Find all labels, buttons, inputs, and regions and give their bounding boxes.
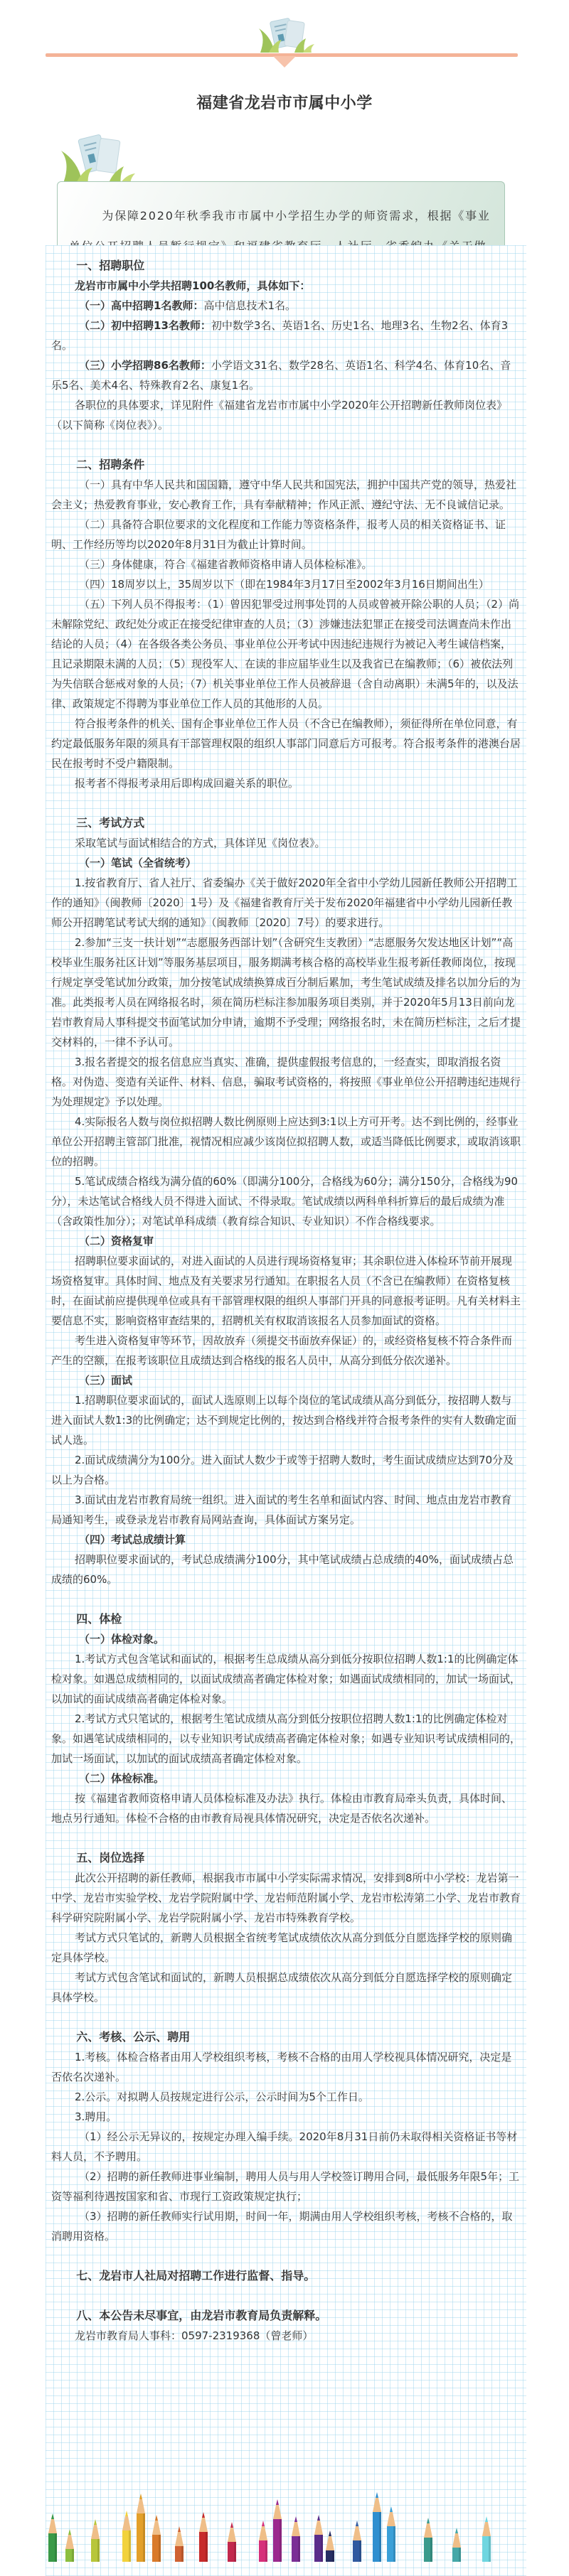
condition-item: （二）具备符合职位要求的文化程度和工作能力等资格条件，报考人员的相关资格证书、证… xyxy=(51,515,521,554)
hiring-item: 2.公示。对拟聘人员按规定进行公示，公示时间为5个工作日。 xyxy=(51,2087,521,2107)
section-heading: 二、招聘条件 xyxy=(51,455,521,475)
school-selection-item: 考试方式包含笔试和面试的，新聘人员根据总成绩依次从高分到低分自愿选择学校的原则确… xyxy=(51,1968,521,2007)
hiring-sub-item: （3）招聘的新任教师实行试用期，时间一年，期满由用人学校组织考核，考核不合格的，… xyxy=(51,2206,521,2246)
interview-item: 2.面试成绩满分为100分。进入面试人数少于或等于招聘人数时，考生面试成绩应达到… xyxy=(51,1450,521,1490)
hiring-item: 1.考核。体检合格者由用人学校组织考核，考核不合格的由用人学校视具体情况研究，决… xyxy=(51,2047,521,2087)
position-label: （二）初中招聘13名教师： xyxy=(79,319,211,332)
condition-note: 报考者不得报考录用后即构成回避关系的职位。 xyxy=(51,773,521,793)
condition-item: （一）具有中华人民共和国国籍，遵守中华人民共和国宪法，拥护中国共产党的领导，热爱… xyxy=(51,475,521,515)
school-selection-item: 考试方式只笔试的，新聘人员根据全省统考笔试成绩依次从高分到低分自愿选择学校的原则… xyxy=(51,1928,521,1968)
page-title: 福建省龙岩市市属中小学 xyxy=(0,91,569,113)
documents-with-grass-icon xyxy=(58,132,137,185)
interview-item: 3.面试由龙岩市教育局统一组织。进入面试的考生名单和面试内容、时间、地点由龙岩市… xyxy=(51,1490,521,1530)
subsection-heading: （三）面试 xyxy=(51,1370,521,1390)
written-exam-item: 2.参加“三支一扶计划”“志愿服务西部计划”（含研究生支教团）“志愿服务欠发达地… xyxy=(51,933,521,1052)
recruit-summary: 龙岩市市属中小学共招聘100名教师，具体如下： xyxy=(51,276,521,296)
section-heading: 五、岗位选择 xyxy=(51,1848,521,1868)
position-detail: 高中信息技术1名。 xyxy=(203,299,296,312)
section-heading: 八、本公告未尽事宜，由龙岩市教育局负责解释。 xyxy=(51,2306,521,2326)
announcement-body: 一、招聘职位 龙岩市市属中小学共招聘100名教师，具体如下： （一）高中招聘1名… xyxy=(51,256,521,2346)
header-divider-pointer xyxy=(273,56,296,68)
position-primary-school: （三）小学招聘86名教师：小学语文31名、数学28名、英语1名、科学4名、体育1… xyxy=(51,355,521,395)
written-exam-item: 4.实际报名人数与岗位拟招聘人数比例原则上应达到3:1以上方可开考。达不到比例的… xyxy=(51,1112,521,1171)
position-middle-school: （二）初中招聘13名教师：初中数学3名、英语1名、历史1名、地理3名、生物2名、… xyxy=(51,316,521,355)
written-exam-item: 5.笔试成绩合格线为满分值的60%（即满分100分，合格线为60分；满分150分… xyxy=(51,1171,521,1231)
subsection-heading: （二）资格复审 xyxy=(51,1231,521,1251)
documents-with-grass-icon xyxy=(253,16,316,54)
interview-item: 1.招聘职位要求面试的，面试人选原则上以每个岗位的笔试成绩从高分到低分，按招聘人… xyxy=(51,1390,521,1450)
physical-standard-text: 按《福建省教师资格申请人员体检标准及办法》执行。体检由市教育局牵头负责，具体时间… xyxy=(51,1788,521,1828)
condition-item: （四）18周岁以上，35周岁以下（即在1984年3月17日至2002年3月16日… xyxy=(51,574,521,594)
contact-info: 龙岩市教育局人事科：0597-2319368（曾老师） xyxy=(51,2326,521,2346)
position-label: （三）小学招聘86名教师： xyxy=(79,359,211,372)
section-heading: 六、考核、公示、聘用 xyxy=(51,2027,521,2047)
written-exam-item: 3.报名者提交的报名信息应当真实、准确，提供虚假报考信息的，一经查实，即取消报名… xyxy=(51,1052,521,1112)
review-item: 招聘职位要求面试的，对进入面试的人员进行现场资格复审；其余职位进入体检环节前开展… xyxy=(51,1251,521,1331)
position-label: （一）高中招聘1名教师： xyxy=(79,299,203,312)
physical-target-item: 1.考试方式包含笔试和面试的，根据考生总成绩从高分到低分按职位招聘人数1:1的比… xyxy=(51,1649,521,1709)
hiring-sub-item: （1）经公示无异议的，按规定办理入编手续。2020年8月31日前仍未取得相关资格… xyxy=(51,2127,521,2167)
review-item: 考生进入资格复审等环节，因故放弃（须提交书面放弃保证）的，或经资格复核不符合条件… xyxy=(51,1331,521,1370)
section-heading: 一、招聘职位 xyxy=(51,256,521,276)
hiring-item: 3.聘用。 xyxy=(51,2107,521,2127)
condition-item: （三）身体健康，符合《福建省教师资格申请人员体检标准》。 xyxy=(51,554,521,574)
colored-pencils-icon xyxy=(46,2488,526,2563)
written-exam-item: 1.按省教育厅、省人社厅、省委编办《关于做好2020年全省中小学幼儿园新任教师公… xyxy=(51,873,521,933)
page-header xyxy=(0,0,569,71)
condition-item: （五）下列人员不得报考：（1）曾因犯罪受过刑事处罚的人员或曾被开除公职的人员；（… xyxy=(51,594,521,714)
exam-intro: 采取笔试与面试相结合的方式，具体详见《岗位表》。 xyxy=(51,833,521,853)
subsection-heading: （一）笔试（全省统考） xyxy=(51,853,521,873)
position-high-school: （一）高中招聘1名教师：高中信息技术1名。 xyxy=(51,296,521,316)
total-score-text: 招聘职位要求面试的，考试总成绩满分100分，其中笔试成绩占总成绩的40%，面试成… xyxy=(51,1550,521,1589)
subsection-heading: （一）体检对象。 xyxy=(51,1629,521,1649)
subsection-heading: （二）体检标准。 xyxy=(51,1769,521,1788)
subsection-heading: （四）考试总成绩计算 xyxy=(51,1530,521,1550)
section-heading: 七、龙岩市人社局对招聘工作进行监督、指导。 xyxy=(51,2266,521,2286)
hiring-sub-item: （2）招聘的新任教师进事业编制，聘用人员与用人学校签订聘用合同，最低服务年限5年… xyxy=(51,2167,521,2206)
section-heading: 三、考试方式 xyxy=(51,813,521,833)
physical-target-item: 2.考试方式只笔试的，根据考生笔试成绩从高分到低分按职位招聘人数1:1的比例确定… xyxy=(51,1709,521,1769)
school-selection-item: 此次公开招聘的新任教师，根据我市市属中小学实际需求情况，安排到8所中小学校：龙岩… xyxy=(51,1868,521,1928)
position-note: 各职位的具体要求，详见附件《福建省龙岩市市属中小学2020年公开招聘新任教师岗位… xyxy=(51,395,521,435)
condition-note: 符合报考条件的机关、国有企事业单位工作人员（不含已在编教师），须征得所在单位同意… xyxy=(51,714,521,773)
section-heading: 四、体检 xyxy=(51,1609,521,1629)
